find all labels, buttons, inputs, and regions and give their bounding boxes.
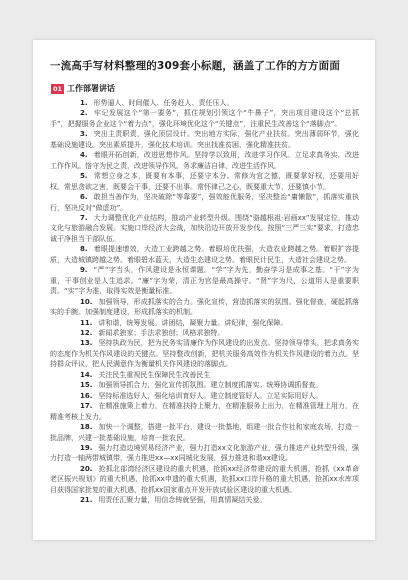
document-page: 一流高手写材料整理的309套小标题，涵盖了工作的方方面面 01 工作部署讲话 1… <box>33 40 375 540</box>
item-number: 16. <box>80 392 98 400</box>
list-item: 10.加强领导，形成抓落实的合力。强化宣传，营造抓落实的氛围。强化督查，硬起抓落… <box>50 297 359 318</box>
list-item: 13.坚持执政为民，把为民务实清廉作为作风建设的出发点。坚持领导带头，把求真务实… <box>50 338 359 369</box>
list-item: 21.用责任汇聚力量，用信念铸就坚强，用真情凝结关爱。 <box>50 495 359 505</box>
item-number: 9. <box>80 266 94 274</box>
item-text: 用责任汇聚力量，用信念铸就坚强，用真情凝结关爱。 <box>98 496 266 504</box>
item-number: 5. <box>80 172 94 180</box>
list-item: 6.敢担当善作为，坚决破除“等靠要”，强效能优服务，坚决整治“庸懒散”，抓落实重… <box>50 192 359 213</box>
item-text: 突出主责职责，强化顶层设计。突出地方实际，强化产业扶贫。突出薄弱环节，强化基础设… <box>50 130 359 148</box>
list-item: 11.讲和谐，统筹发展。讲团结，凝聚力量。讲纪律，强化保障。 <box>50 318 359 328</box>
item-text: 形势逼人、时间催人、任务赶人、责任压人。 <box>94 99 234 107</box>
item-number: 4. <box>80 151 94 159</box>
item-number: 6. <box>80 193 94 201</box>
list-item: 18.加快一个调整，搭建一批平台，建设一批基地，组建一批合作社和家庭农场，打造一… <box>50 422 359 443</box>
list-item: 20.抢抓北部湾经济区建设的重大机遇，抢抓xx经济带建设的重大机遇，抢抓《xx革… <box>50 464 359 495</box>
list-item: 4.着眼开拓创新，改进思想作风。坚持学以致用，改进学习作风。立足求真务实，改进工… <box>50 150 359 171</box>
item-text: 着眼开拓创新，改进思想作风。坚持学以致用，改进学习作风。立足求真务实，改进工作作… <box>50 151 359 169</box>
section-heading: 工作部署讲话 <box>67 83 115 94</box>
item-number: 2. <box>80 109 94 117</box>
item-text: 常想立身之本，既要有本事，还要守本分。常修为官之德，既要掌好权，还要用好权。常思… <box>50 172 359 190</box>
item-number: 1. <box>80 99 94 107</box>
list-item: 8.着眼提速增效，大造工业跨越之势。着眼培优扶强，大造农业跨越之势。着眼扩容提质… <box>50 244 359 265</box>
numbered-list: 1.形势逼人、时间催人、任务赶人、责任压人。 2.牢记发展这个“第一要务”，抓住… <box>50 98 359 506</box>
item-number: 18. <box>80 423 98 431</box>
item-number: 15. <box>80 381 98 389</box>
list-item: 2.牢记发展这个“第一要务”，抓住规划引领这个“牛鼻子”，突出项目建设这个“总抓… <box>50 108 359 129</box>
section-header: 01 工作部署讲话 <box>51 83 359 94</box>
list-item: 3.突出主责职责，强化顶层设计。突出地方实际，强化产业扶贫。突出薄弱环节，强化基… <box>50 129 359 150</box>
list-item: 12.新闻求独家；手法求独创；风格求独特。 <box>50 328 359 338</box>
section-number-badge: 01 <box>51 84 64 94</box>
item-number: 14. <box>80 371 98 379</box>
list-item: 16.坚持标准选好人，强化培训育好人。建立制度管好人。立足实际用好人。 <box>50 391 359 401</box>
item-text: 坚持标准选好人，强化培训育好人。建立制度管好人。立足实际用好人。 <box>98 392 322 400</box>
page-title: 一流高手写材料整理的309套小标题，涵盖了工作的方方面面 <box>50 59 359 73</box>
item-text: 大力调整优化产业结构，推动产业转型升级。围绕“骆越根祖·岩画xx”发展定位，推动… <box>50 214 359 243</box>
item-number: 17. <box>80 402 98 410</box>
item-number: 3. <box>80 130 94 138</box>
item-text: 关注民生重视民生保障民生改善民生 <box>98 371 210 379</box>
item-number: 21. <box>80 496 98 504</box>
item-number: 7. <box>80 214 94 222</box>
list-item: 15.加强领导抓合力，强化宣传抓氛围。建立制度抓落实。统筹协调抓督查。 <box>50 380 359 390</box>
item-number: 10. <box>80 298 98 306</box>
item-text: 牢记发展这个“第一要务”，抓住规划引领这个“牛鼻子”，突出项目建设这个“总抓手”… <box>50 109 359 127</box>
list-item: 7.大力调整优化产业结构，推动产业转型升级。围绕“骆越根祖·岩画xx”发展定位，… <box>50 213 359 244</box>
item-number: 8. <box>80 245 94 253</box>
list-item: 9.“严”字当头，作风建设是永恒课题。“学”字为先，勤奋学习是成事之基。“干”字… <box>50 265 359 296</box>
list-item: 1.形势逼人、时间催人、任务赶人、责任压人。 <box>50 98 359 108</box>
item-number: 13. <box>80 339 98 347</box>
item-text: 着眼提速增效，大造工业跨越之势。着眼培优扶强，大造农业跨越之势。着眼扩容提质，大… <box>50 245 359 263</box>
item-text: 新闻求独家；手法求独创；风格求独特。 <box>98 329 224 337</box>
item-text: 讲和谐，统筹发展。讲团结，凝聚力量。讲纪律，强化保障。 <box>98 319 287 327</box>
list-item: 5.常想立身之本，既要有本事，还要守本分。常修为官之德，既要掌好权，还要用好权。… <box>50 171 359 192</box>
item-number: 11. <box>80 319 98 327</box>
list-item: 14.关注民生重视民生保障民生改善民生 <box>50 370 359 380</box>
list-item: 17.在精准施策上着力，在精准扶持上聚力，在精准服务上出力，在精准管理上用力，在… <box>50 401 359 422</box>
item-text: “严”字当头，作风建设是永恒课题。“学”字为先，勤奋学习是成事之基。“干”字为重… <box>50 266 359 295</box>
item-text: 加强领导抓合力，强化宣传抓氛围。建立制度抓落实。统筹协调抓督查。 <box>98 381 322 389</box>
item-text: 敢担当善作为，坚决破除“等靠要”，强效能优服务，坚决整治“庸懒散”，抓落实重执行… <box>50 193 359 211</box>
item-number: 20. <box>80 465 98 473</box>
list-item: 19.强力打造边境贸易经济产业，强力打造xx文化旅游产业，强力推进产业转型升级，… <box>50 443 359 464</box>
item-number: 12. <box>80 329 98 337</box>
item-number: 19. <box>80 444 98 452</box>
